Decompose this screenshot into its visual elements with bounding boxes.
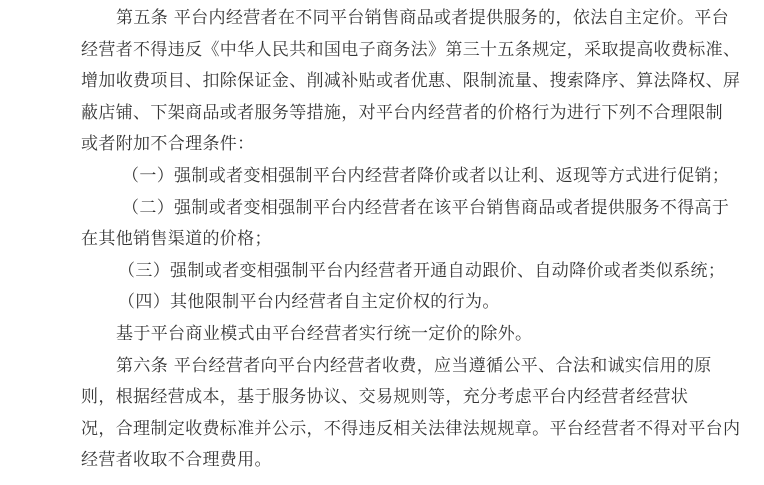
article-5-line-4: 蔽店铺、下架商品或者服务等措施，对平台内经营者的价格行为进行下列不合理限制: [81, 98, 707, 130]
article-5-line-3: 增加收费项目、扣除保证金、削减补贴或者优惠、限制流量、搜索降序、算法降权、屏: [81, 66, 707, 98]
article-5-exception: 基于平台商业模式由平台经营者实行统一定价的除外。: [81, 319, 707, 351]
article-5-line-1: 第五条 平台内经营者在不同平台销售商品或者提供服务的，依法自主定价。平台: [81, 3, 707, 35]
list-item-4: （四）其他限制平台内经营者自主定价权的行为。: [81, 287, 707, 319]
article-6: 第六条 平台经营者向平台内经营者收费，应当遵循公平、合法和诚实信用的原 则，根据…: [81, 351, 707, 477]
article-6-line-2: 则，根据经营成本，基于服务协议、交易规则等，充分考虑平台内经营者经营状: [81, 382, 707, 414]
list-item-1: （一）强制或者变相强制平台内经营者降价或者以让利、返现等方式进行促销；: [81, 161, 707, 193]
article-6-line-3: 况，合理制定收费标准并公示，不得违反相关法律法规规章。平台经营者不得对平台内: [81, 414, 707, 446]
list-item-2: （二）强制或者变相强制平台内经营者在该平台销售商品或者提供服务不得高于: [81, 193, 707, 225]
document-body: 第五条 平台内经营者在不同平台销售商品或者提供服务的，依法自主定价。平台 经营者…: [81, 3, 707, 477]
article-5: 第五条 平台内经营者在不同平台销售商品或者提供服务的，依法自主定价。平台 经营者…: [81, 3, 707, 351]
article-5-line-5: 或者附加不合理条件：: [81, 129, 707, 161]
article-6-line-4: 经营者收取不合理费用。: [81, 445, 707, 477]
article-6-line-1: 第六条 平台经营者向平台内经营者收费，应当遵循公平、合法和诚实信用的原: [81, 351, 707, 383]
list-item-3: （三）强制或者变相强制平台内经营者开通自动跟价、自动降价或者类似系统；: [81, 256, 707, 288]
list-item-2-continuation: 在其他销售渠道的价格；: [81, 224, 707, 256]
article-5-line-2: 经营者不得违反《中华人民共和国电子商务法》第三十五条规定，采取提高收费标准、: [81, 35, 707, 67]
